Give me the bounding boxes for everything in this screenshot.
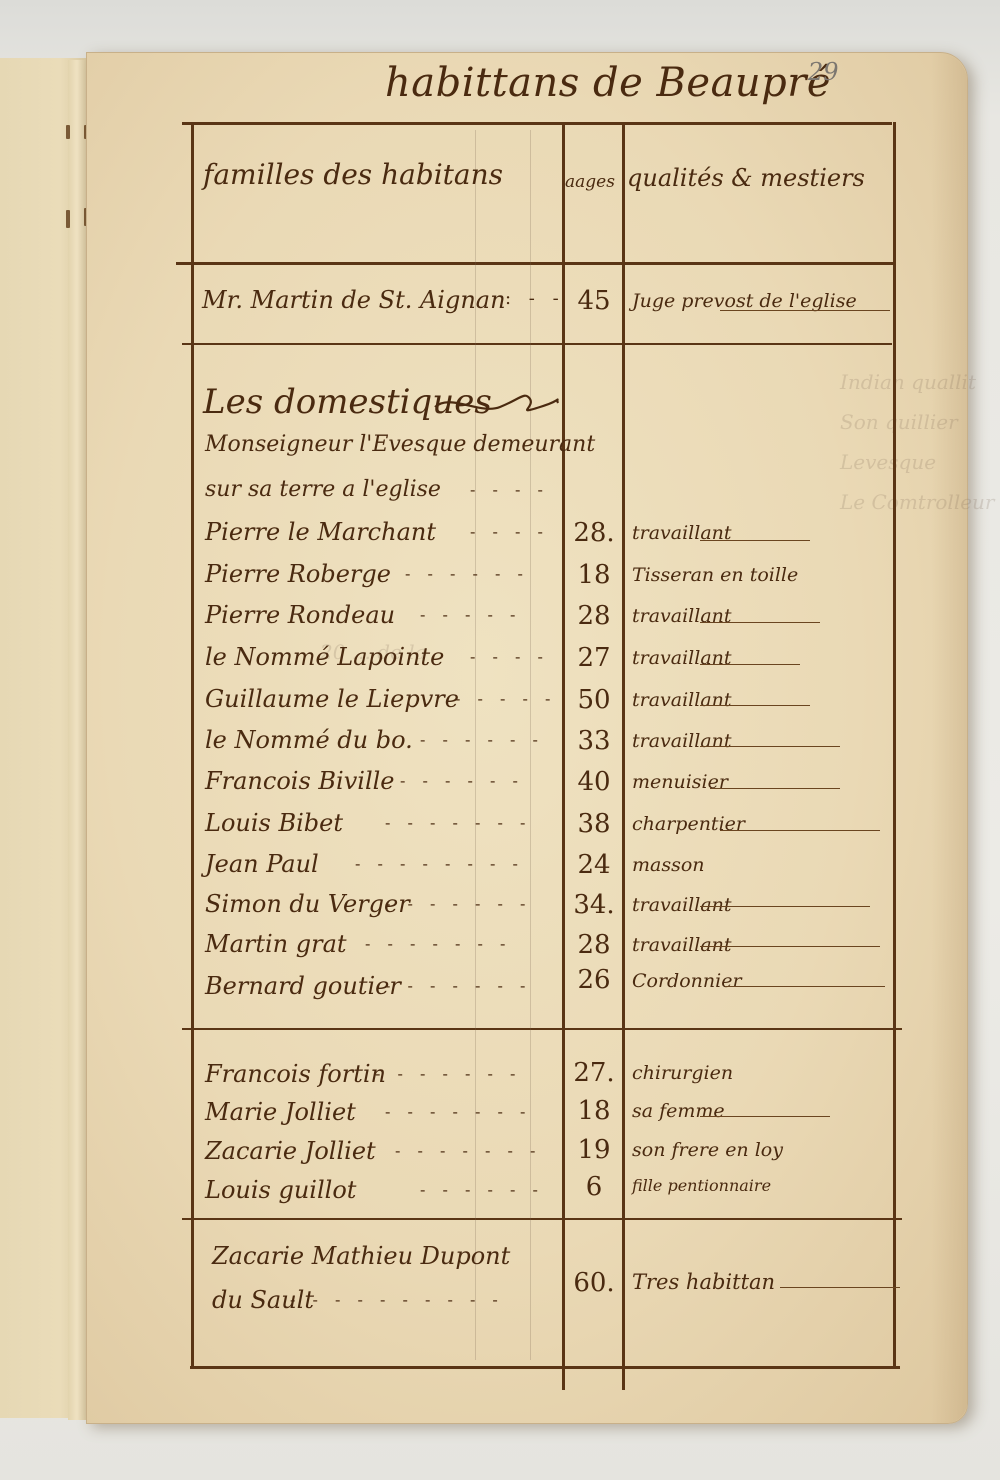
- person-name: Jean Paul: [205, 850, 319, 878]
- person-name: Guillaume le Liepvre: [205, 685, 459, 713]
- age-value: 18: [564, 560, 624, 590]
- leader-dots: - - - - - - -: [375, 1064, 521, 1083]
- occupation-value: masson: [632, 854, 705, 876]
- occupation-underline: [710, 788, 840, 789]
- occupation-value: Cordonnier: [632, 970, 742, 992]
- leader-dots: - - - - -: [455, 689, 556, 708]
- occupation-underline: [700, 664, 800, 665]
- occupation-underline: [700, 906, 870, 907]
- occupation-underline: [700, 1116, 830, 1117]
- age-value: 34.: [564, 890, 624, 920]
- leader-dots: - - - - - -: [405, 564, 529, 583]
- age-value: 38: [564, 809, 624, 839]
- occupation-underline: [700, 746, 840, 747]
- occupation-underline: [700, 622, 820, 623]
- leader-dots: - - - -: [470, 480, 549, 499]
- age-value: 40: [564, 767, 624, 797]
- age-value: 26: [564, 965, 624, 995]
- occupation-underline: [720, 830, 880, 831]
- folio-number: 29: [808, 58, 839, 86]
- bleed-through-text: Indian quallit: [840, 370, 976, 394]
- person-name: Marie Jolliet: [205, 1098, 356, 1126]
- age-value: 6: [564, 1172, 624, 1202]
- binding-stitch: [66, 125, 70, 139]
- occupation-value: travaillant: [632, 934, 732, 956]
- person-name: Louis Bibet: [205, 809, 343, 837]
- age-value: 28: [564, 930, 624, 960]
- leader-dots: - - - - - - -: [385, 894, 531, 913]
- leader-dots: - - - - - - -: [395, 1141, 541, 1160]
- occupation-value: Tres habittan: [632, 1270, 775, 1294]
- section-rule: [182, 343, 892, 345]
- age-value: 28.: [564, 518, 624, 548]
- occupation-value: travaillant: [632, 689, 732, 711]
- person-name: Francois fortin: [205, 1060, 386, 1088]
- occupation-value: travaillant: [632, 647, 732, 669]
- person-name: Zacarie Jolliet: [205, 1137, 376, 1165]
- column-header-families: familles des habitans: [203, 158, 503, 191]
- age-value: 18: [564, 1096, 624, 1126]
- person-name: Pierre le Marchant: [205, 518, 436, 546]
- table-right-border: [893, 122, 896, 1367]
- occupation-value: travaillant: [632, 605, 732, 627]
- age-value: 27.: [564, 1058, 624, 1088]
- table-left-border: [191, 122, 194, 1367]
- leader-dots: - - - - - -: [400, 771, 524, 790]
- column-header-occupation: qualités & mestiers: [627, 164, 865, 192]
- leader-dots: : - -: [505, 288, 565, 309]
- person-name: Bernard goutier: [205, 972, 401, 1000]
- occupation-underline: [780, 1287, 900, 1288]
- leader-dots: - - - - - - -: [385, 976, 531, 995]
- section-rule: [182, 1028, 902, 1030]
- occupation-underline: [700, 540, 810, 541]
- column-header-age: aages: [565, 172, 615, 192]
- bleed-through-text: Le Comtrolleur: [840, 490, 995, 514]
- leader-dots: - - - - - -: [420, 730, 544, 749]
- occupation-value: travaillant: [632, 730, 732, 752]
- person-name: Pierre Rondeau: [205, 601, 395, 629]
- bleed-through-text: Levesque: [840, 450, 936, 474]
- person-name: Simon du Verger: [205, 890, 410, 918]
- age-value: 50: [564, 685, 624, 715]
- leader-dots: - - - - - - -: [385, 813, 531, 832]
- person-name: Pierre Roberge: [205, 560, 391, 588]
- occupation-value: fille pentionnaire: [632, 1176, 771, 1195]
- leader-dots: - - - - - - - -: [355, 854, 524, 873]
- header-bottom-rule: [176, 262, 896, 265]
- leader-dots: - - - - - - -: [365, 934, 511, 953]
- leader-dots: - - - -: [470, 522, 549, 541]
- occupation-value: menuisier: [632, 771, 728, 793]
- occupation-underline: [700, 705, 810, 706]
- age-value: 27: [564, 643, 624, 673]
- leader-dots: - - - -: [470, 647, 549, 666]
- section-subheading: sur sa terre a l'eglise: [205, 477, 441, 502]
- family-head-name: Mr. Martin de St. Aignan: [202, 286, 506, 314]
- age-value: 45: [564, 286, 624, 316]
- leader-dots: - - - - - - - - - -: [290, 1290, 504, 1309]
- person-name: le Nommé du bo.: [205, 726, 413, 754]
- person-name: le Nommé Lapointe: [205, 643, 444, 671]
- occupation-underline: [700, 946, 880, 947]
- occupation-value: sa femme: [632, 1100, 725, 1122]
- bleed-through-text: Son quillier: [840, 410, 958, 434]
- person-name: Zacarie Mathieu Dupont: [212, 1242, 510, 1270]
- age-value: 19: [564, 1135, 624, 1165]
- occupation-value: charpentier: [632, 813, 745, 835]
- leader-dots: - - - - - -: [420, 1180, 544, 1199]
- book-gutter: [68, 60, 86, 1420]
- person-name: Francois Biville: [205, 767, 395, 795]
- occupation-value: Juge prevost de l'eglise: [632, 290, 857, 312]
- age-value: 28: [564, 601, 624, 631]
- age-value: 24: [564, 850, 624, 880]
- section-subheading: Monseigneur l'Evesque demeurant: [205, 432, 595, 457]
- occupation-underline: [720, 310, 890, 311]
- leader-dots: - - - - -: [420, 605, 521, 624]
- occupation-value: son frere en loy: [632, 1139, 783, 1161]
- page-title: habittans de Beaupré: [385, 60, 831, 106]
- binding-stitch: [66, 210, 70, 228]
- occupation-underline: [725, 986, 885, 987]
- person-name: Louis guillot: [205, 1176, 356, 1204]
- age-value: 33: [564, 726, 624, 756]
- age-value: 60.: [564, 1268, 624, 1298]
- section-rule: [182, 1218, 902, 1220]
- heading-flourish: [430, 385, 560, 425]
- occupation-value: travaillant: [632, 894, 732, 916]
- table-bottom-rule: [190, 1366, 900, 1369]
- occupation-value: chirurgien: [632, 1062, 733, 1084]
- table-top-rule: [182, 122, 892, 125]
- person-name: Martin grat: [205, 930, 347, 958]
- leader-dots: - - - - - - -: [385, 1102, 531, 1121]
- page-edge-shading: [931, 53, 967, 1423]
- occupation-value: Tisseran en toille: [632, 564, 798, 586]
